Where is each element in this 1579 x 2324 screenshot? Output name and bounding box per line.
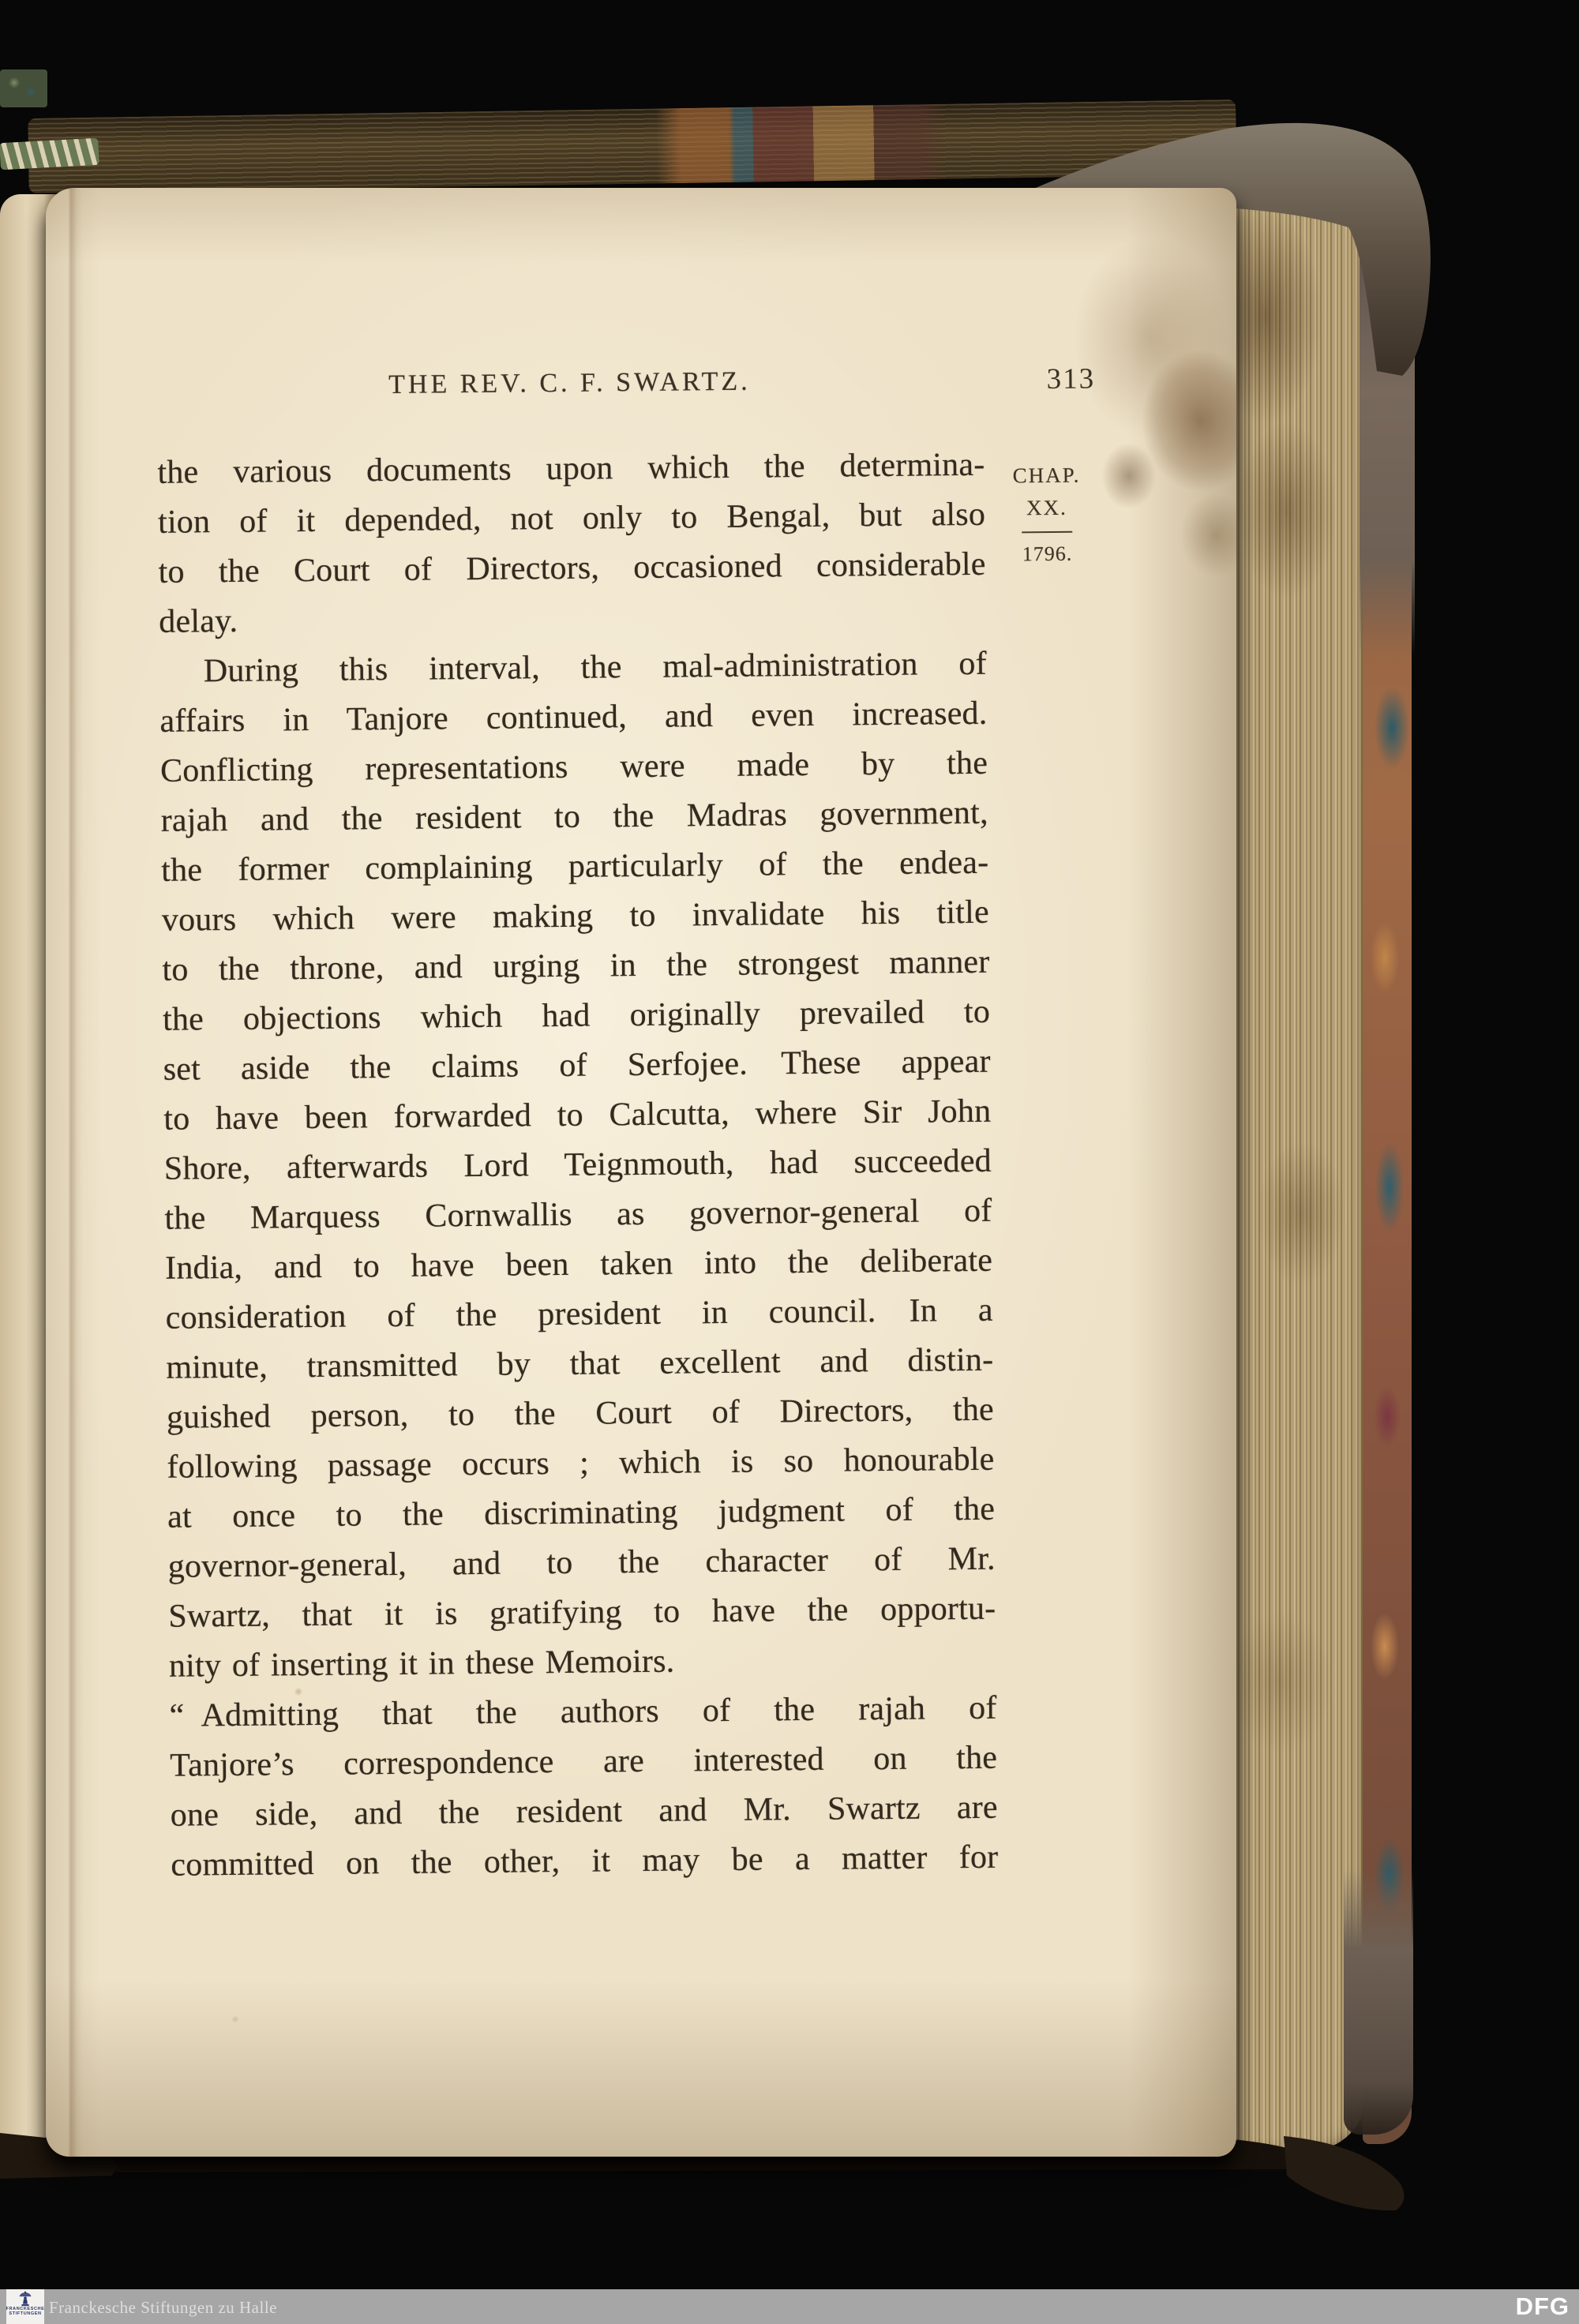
provider-logo-text-line2: STIFTUNGEN bbox=[9, 2311, 41, 2316]
text-line: Shore, afterwards Lord Teignmouth, had s… bbox=[164, 1137, 992, 1194]
text-line: nity of inserting it in these Memoirs. bbox=[169, 1634, 997, 1692]
text-line: to the throne, and urging in the stronge… bbox=[162, 938, 990, 995]
text-line: vours which were making to invalidate hi… bbox=[162, 888, 990, 946]
text-line: minute, transmitted by that excellent an… bbox=[166, 1336, 994, 1393]
margin-rule bbox=[1022, 531, 1072, 534]
text-line: guished person, to the Court of Director… bbox=[167, 1385, 995, 1443]
page-number: 313 bbox=[1026, 362, 1115, 396]
text-line: to have been forwarded to Calcutta, wher… bbox=[163, 1087, 992, 1145]
text-line: committed on the other, it may be a matt… bbox=[171, 1833, 999, 1891]
text-line: governor-general, and to the character o… bbox=[167, 1535, 996, 1592]
text-line: at once to the discriminating judgment o… bbox=[167, 1485, 996, 1542]
scan-viewport: THE REV. C. F. SWARTZ. 313 CHAP. XX. 179… bbox=[0, 0, 1579, 2324]
text-line: the Marquess Cornwallis as governor-gene… bbox=[164, 1186, 992, 1244]
provider-logo-box: FRANCKESCHE STIFTUNGEN bbox=[6, 2289, 44, 2324]
text-line: one side, and the resident and Mr. Swart… bbox=[170, 1783, 998, 1841]
text-line: India, and to have been taken into the d… bbox=[165, 1236, 993, 1294]
text-line: rajah and the resident to the Madras gov… bbox=[160, 789, 988, 846]
text-line: the former complaining particularly of t… bbox=[161, 838, 989, 896]
text-line: set aside the claims of Serfojee. These … bbox=[163, 1037, 991, 1095]
text-line: following passage occurs ; which is so h… bbox=[167, 1435, 995, 1493]
text-line: tion of it depended, not only to Bengal,… bbox=[158, 490, 986, 548]
body-text: the various documents upon which the det… bbox=[157, 440, 998, 1891]
text-line: Conflicting representations were made by… bbox=[160, 739, 988, 797]
text-line: delay. bbox=[159, 590, 987, 647]
text-line: affairs in Tanjore continued, and even i… bbox=[159, 689, 988, 747]
franckesche-emblem-icon bbox=[17, 2291, 33, 2307]
page-text-layer: THE REV. C. F. SWARTZ. 313 CHAP. XX. 179… bbox=[36, 182, 1246, 2162]
text-line: consideration of the president in counci… bbox=[165, 1286, 993, 1344]
text-line: “ Admitting that the authors of the raja… bbox=[169, 1684, 997, 1741]
margin-year: 1796. bbox=[995, 542, 1099, 566]
text-line: to the Court of Directors, occasioned co… bbox=[158, 540, 986, 598]
margin-notes: CHAP. XX. 1796. bbox=[994, 463, 1099, 566]
text-line: the objections which had originally prev… bbox=[163, 988, 991, 1045]
leather-corner-bottom-right bbox=[1284, 2136, 1404, 2210]
chapter-number: XX. bbox=[995, 495, 1099, 520]
text-line: During this interval, the mal-administra… bbox=[159, 639, 988, 697]
text-line: Tanjore’s correspondence are interested … bbox=[170, 1734, 998, 1791]
text-line: the various documents upon which the det… bbox=[157, 440, 985, 498]
running-title: THE REV. C. F. SWARTZ. bbox=[156, 365, 982, 403]
dfg-logo: DFG bbox=[1516, 2289, 1570, 2324]
text-line: Swartz, that it is gratifying to have th… bbox=[168, 1584, 996, 1642]
provider-name: Franckesche Stiftungen zu Halle bbox=[49, 2289, 277, 2324]
chapter-label: CHAP. bbox=[994, 463, 1098, 488]
footer-bar: FRANCKESCHE STIFTUNGEN Franckesche Stift… bbox=[0, 2289, 1579, 2324]
